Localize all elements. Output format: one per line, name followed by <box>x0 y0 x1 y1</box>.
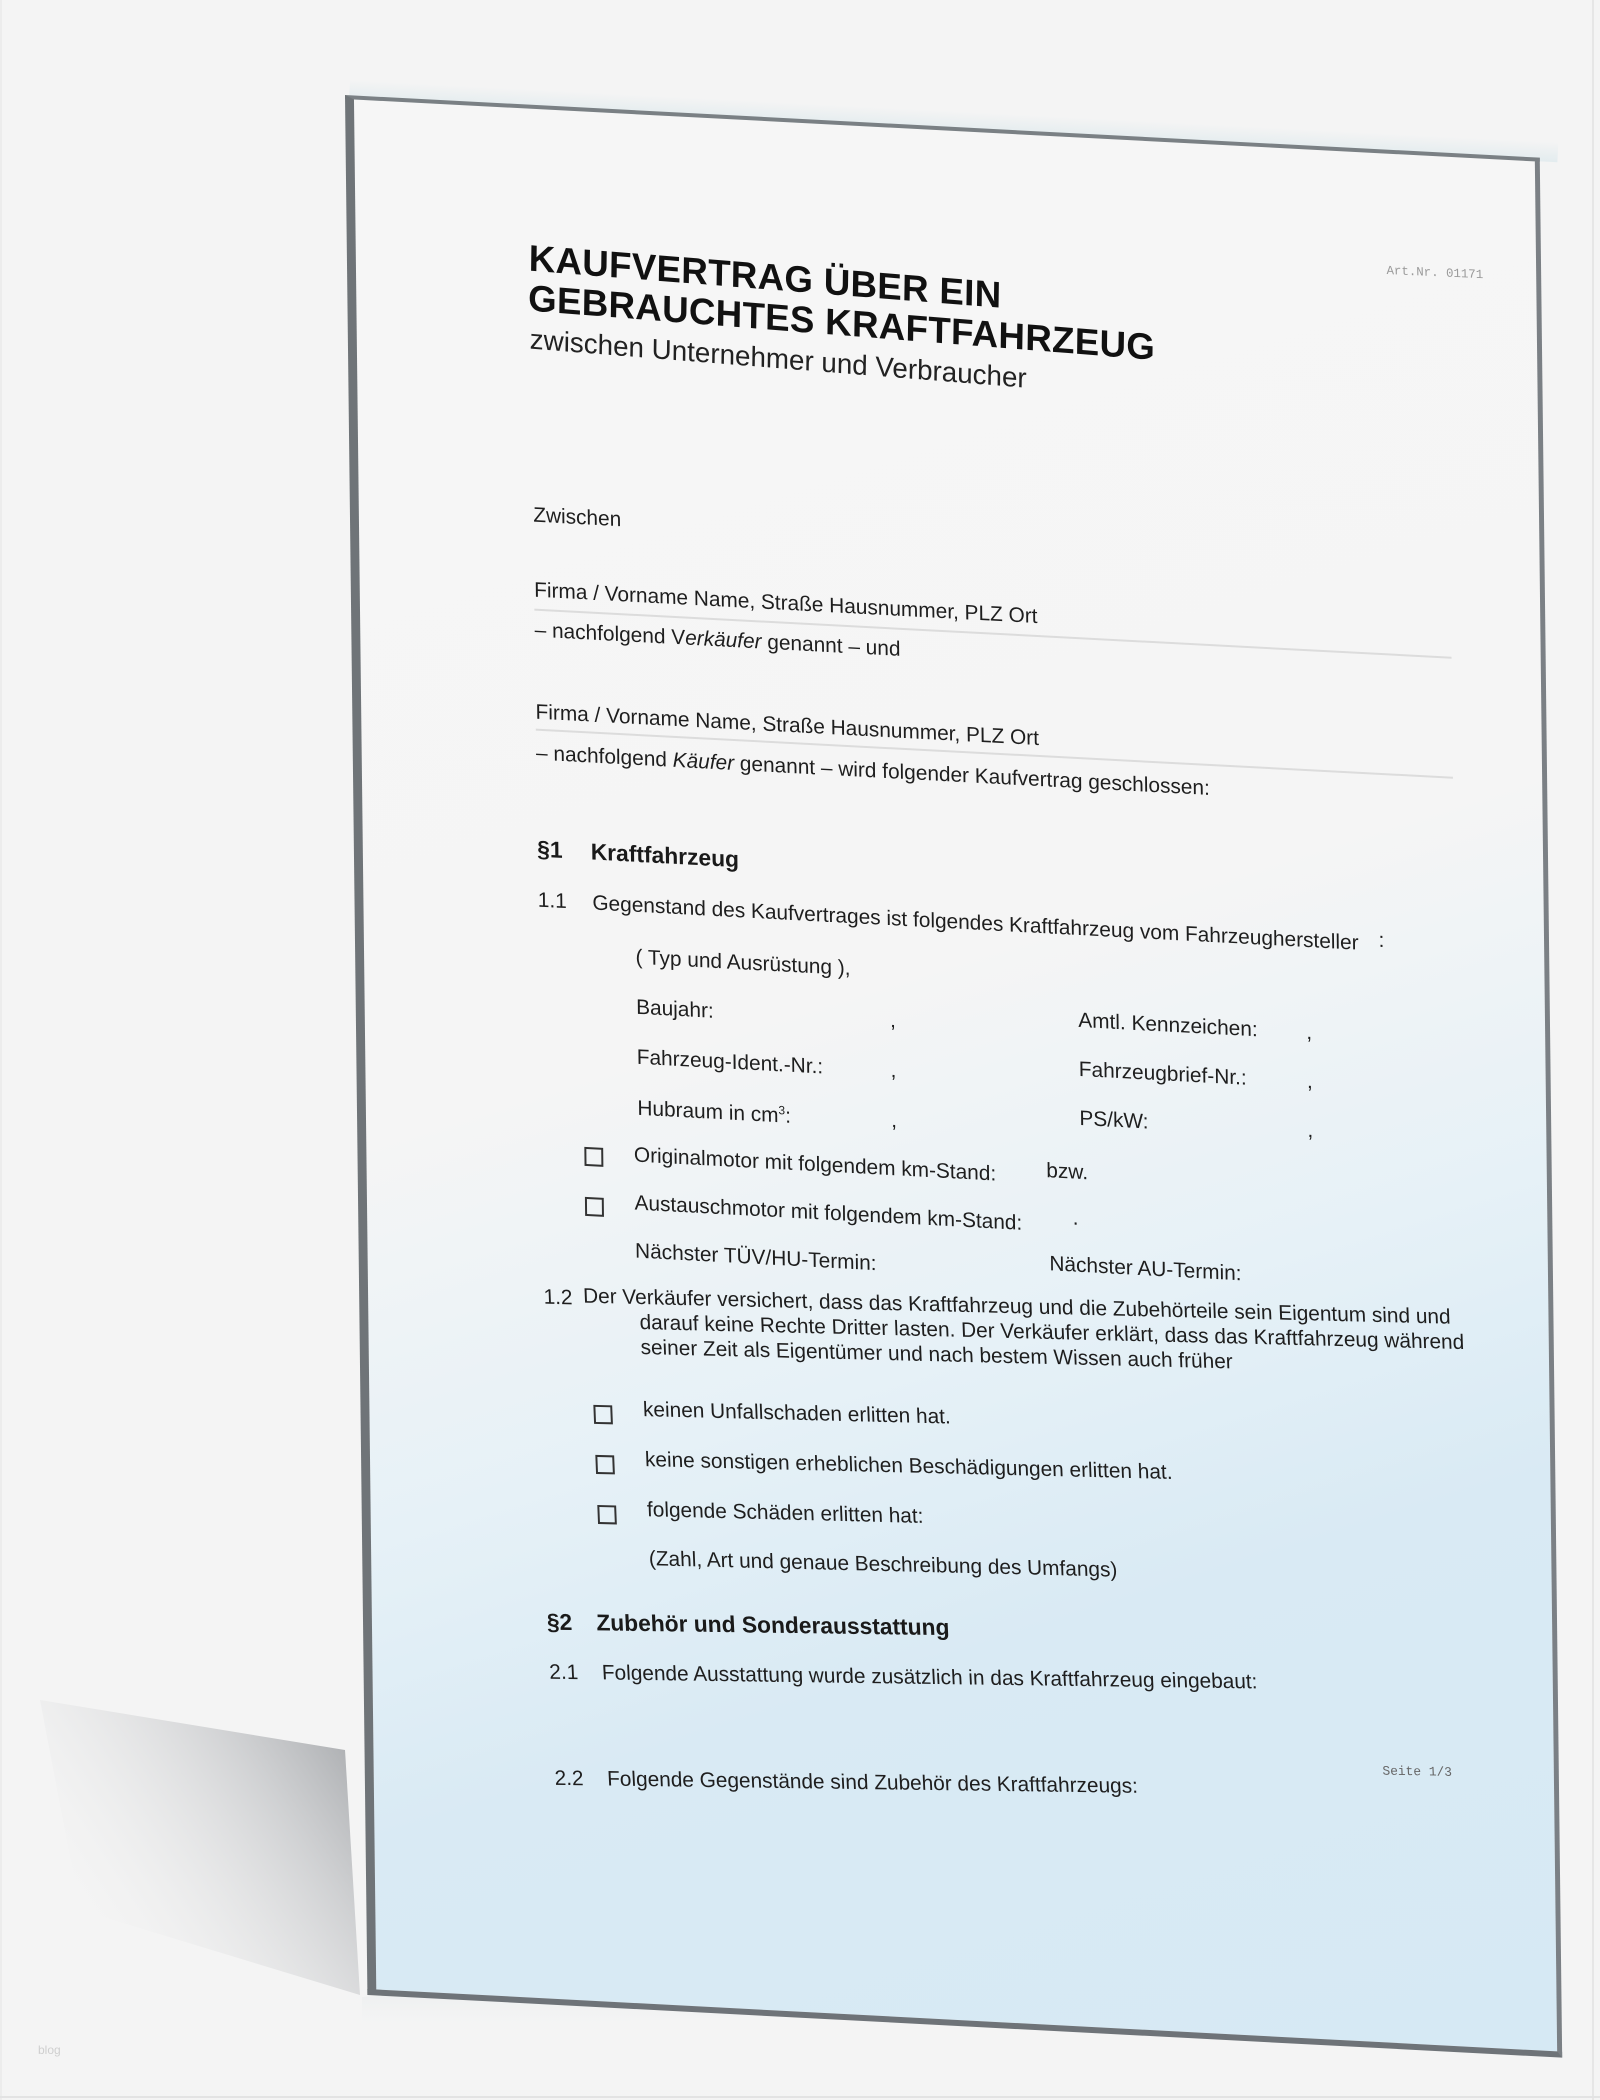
section2-heading: §2 Zubehör und Sonderausstattung <box>546 1609 950 1642</box>
field-displacement-value[interactable]: , <box>891 1109 897 1133</box>
next-au-label: Nächster AU-Termin: <box>1049 1252 1241 1286</box>
clause-1-1-number: 1.1 <box>538 889 567 914</box>
party2-role-italic: Käufer <box>673 749 735 775</box>
original-engine-label: Originalmotor mit folgendem km-Stand: <box>634 1144 996 1187</box>
displacement-label-colon: : <box>785 1104 791 1127</box>
section1-number: §1 <box>537 836 563 863</box>
party2-role-suffix: genannt – wird folgender Kaufvertrag ges… <box>734 752 1210 800</box>
clause-2-1-number: 2.1 <box>549 1661 579 1684</box>
field-power-label: PS/kW: <box>1079 1107 1148 1135</box>
party1-role-italic: erkäufer <box>685 627 762 654</box>
manufacturer-field[interactable]: : <box>1378 929 1384 953</box>
clause-1-2-number: 1.2 <box>543 1286 573 1311</box>
damage-description-note: (Zahl, Art und genaue Beschreibung des U… <box>648 1547 1117 1582</box>
clause-1-1: 1.1 Gegenstand des Kaufvertrages ist fol… <box>538 889 1359 956</box>
no-other-damage-checkbox[interactable] <box>595 1455 615 1474</box>
page-indicator: Seite 1/3 <box>1382 1764 1452 1780</box>
section1-heading: §1 Kraftfahrzeug <box>537 836 739 874</box>
no-accident-damage-checkbox[interactable] <box>593 1405 613 1424</box>
replacement-engine-suffix: . <box>1073 1206 1079 1230</box>
section2-title: Zubehör und Sonderausstattung <box>596 1609 950 1640</box>
clause-2-1: 2.1 Folgende Ausstattung wurde zusätzlic… <box>549 1661 1258 1695</box>
no-accident-damage-label: keinen Unfallschaden erlitten hat. <box>643 1398 952 1429</box>
section2-number: §2 <box>546 1609 573 1635</box>
field-registration-doc-label: Fahrzeugbrief-Nr.: <box>1079 1058 1247 1091</box>
type-equipment-field[interactable]: ( Typ und Ausrüstung ), <box>635 946 850 981</box>
replacement-engine-checkbox[interactable] <box>585 1197 604 1217</box>
following-damage-checkbox[interactable] <box>597 1505 617 1524</box>
intro-text: Zwischen <box>533 504 621 533</box>
field-baujahr-value[interactable]: , <box>890 1009 896 1033</box>
field-power-value[interactable]: , <box>1307 1119 1313 1143</box>
party2-role-prefix: – nachfolgend <box>536 742 673 772</box>
document-page: Art.Nr. 01171 KAUFVERTRAG ÜBER EIN GEBRA… <box>345 95 1562 2058</box>
document-page-wrapper: Art.Nr. 01171 KAUFVERTRAG ÜBER EIN GEBRA… <box>0 0 1600 2100</box>
field-vin-label: Fahrzeug-Ident.-Nr.: <box>637 1046 824 1080</box>
next-tuv-label: Nächster TÜV/HU-Termin: <box>635 1240 877 1277</box>
section1-title: Kraftfahrzeug <box>591 838 740 872</box>
replacement-engine-label: Austauschmotor mit folgendem km-Stand: <box>634 1192 1022 1236</box>
party1-role-suffix: genannt – und <box>761 631 900 661</box>
article-number: Art.Nr. 01171 <box>1386 264 1483 282</box>
clause-2-2: 2.2 Folgende Gegenstände sind Zubehör de… <box>554 1767 1138 1799</box>
field-baujahr-label: Baujahr: <box>636 996 714 1024</box>
clause-1-1-text: Gegenstand des Kaufvertrages ist folgend… <box>592 891 1358 954</box>
field-license-plate-label: Amtl. Kennzeichen: <box>1078 1009 1258 1042</box>
clause-2-1-text: Folgende Ausstattung wurde zusätzlich in… <box>601 1661 1258 1693</box>
page-content: Art.Nr. 01171 KAUFVERTRAG ÜBER EIN GEBRA… <box>354 99 1557 2051</box>
original-engine-suffix: bzw. <box>1046 1159 1088 1185</box>
displacement-label-text: Hubraum in cm <box>637 1097 778 1127</box>
following-damage-label: folgende Schäden erlitten hat: <box>647 1498 924 1529</box>
no-other-damage-label: keine sonstigen erheblichen Beschädigung… <box>645 1448 1173 1485</box>
clause-2-2-number: 2.2 <box>554 1767 584 1790</box>
party1-role-prefix: – nachfolgend V <box>534 619 685 650</box>
field-registration-doc-value[interactable]: , <box>1307 1070 1313 1094</box>
field-license-plate-value[interactable]: , <box>1306 1021 1312 1045</box>
watermark: blog <box>38 2043 61 2057</box>
party2-role: – nachfolgend Käufer genannt – wird folg… <box>536 742 1210 801</box>
field-displacement-label: Hubraum in cm3: <box>637 1096 791 1129</box>
clause-2-2-text: Folgende Gegenstände sind Zubehör des Kr… <box>607 1768 1139 1798</box>
field-vin-value[interactable]: , <box>890 1059 896 1083</box>
original-engine-checkbox[interactable] <box>584 1147 603 1167</box>
